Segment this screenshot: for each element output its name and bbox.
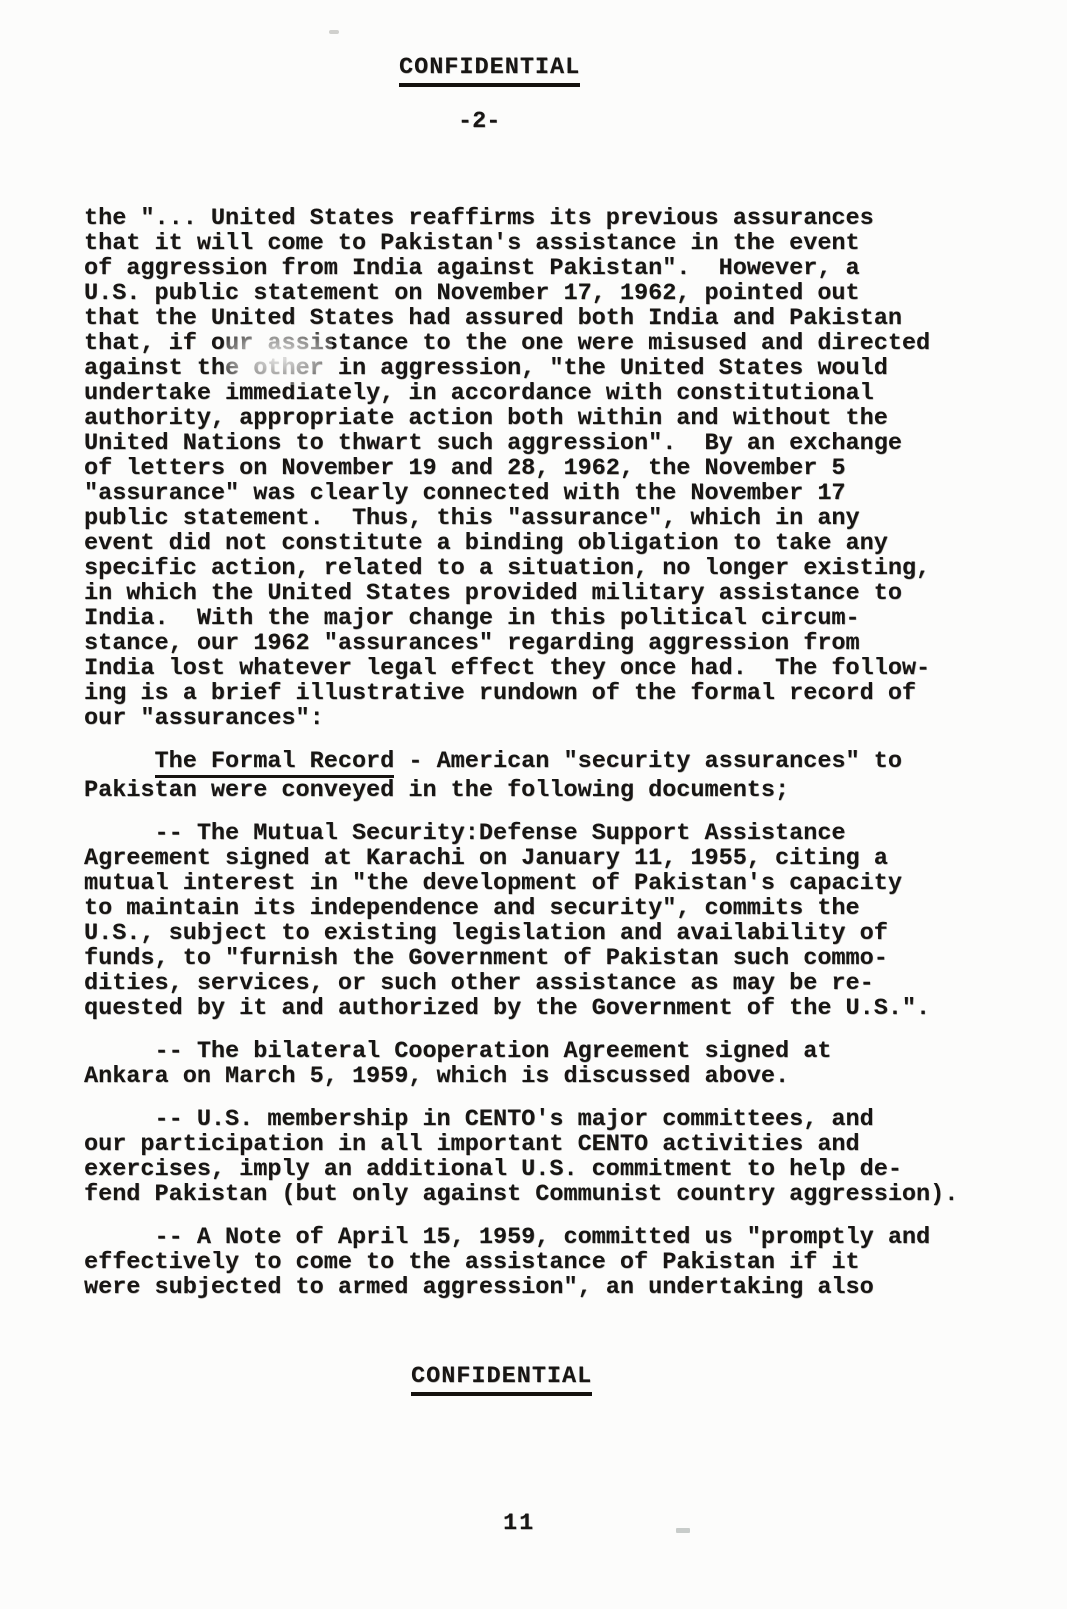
formal-record-indent [84, 748, 155, 775]
page-number-footer: 11 [503, 1511, 535, 1536]
classification-header-text: CONFIDENTIAL [399, 55, 580, 87]
classification-footer-text: CONFIDENTIAL [411, 1364, 592, 1396]
page-number-header: -2- [458, 109, 500, 134]
scan-artifact-bottom [676, 1528, 690, 1533]
document-page: CONFIDENTIAL -2- the "... United States … [0, 0, 1067, 1609]
classification-footer: CONFIDENTIAL [411, 1364, 592, 1396]
document-body: the "... United States reaffirms its pre… [84, 206, 1034, 1318]
formal-record-heading: The Formal Record [155, 749, 395, 778]
paragraph-assurances: the "... United States reaffirms its pre… [84, 206, 1034, 731]
paragraph-note-april-1959: -- A Note of April 15, 1959, committed u… [84, 1225, 1034, 1300]
paragraph-formal-record: The Formal Record - American "security a… [84, 749, 1034, 803]
scan-artifact-top [329, 30, 339, 34]
paragraph-bilateral-cooperation: -- The bilateral Cooperation Agreement s… [84, 1039, 1034, 1089]
paragraph-mutual-security-agreement: -- The Mutual Security:Defense Support A… [84, 821, 1034, 1021]
classification-header: CONFIDENTIAL [399, 55, 580, 87]
paragraph-cento-membership: -- U.S. membership in CENTO's major comm… [84, 1107, 1034, 1207]
